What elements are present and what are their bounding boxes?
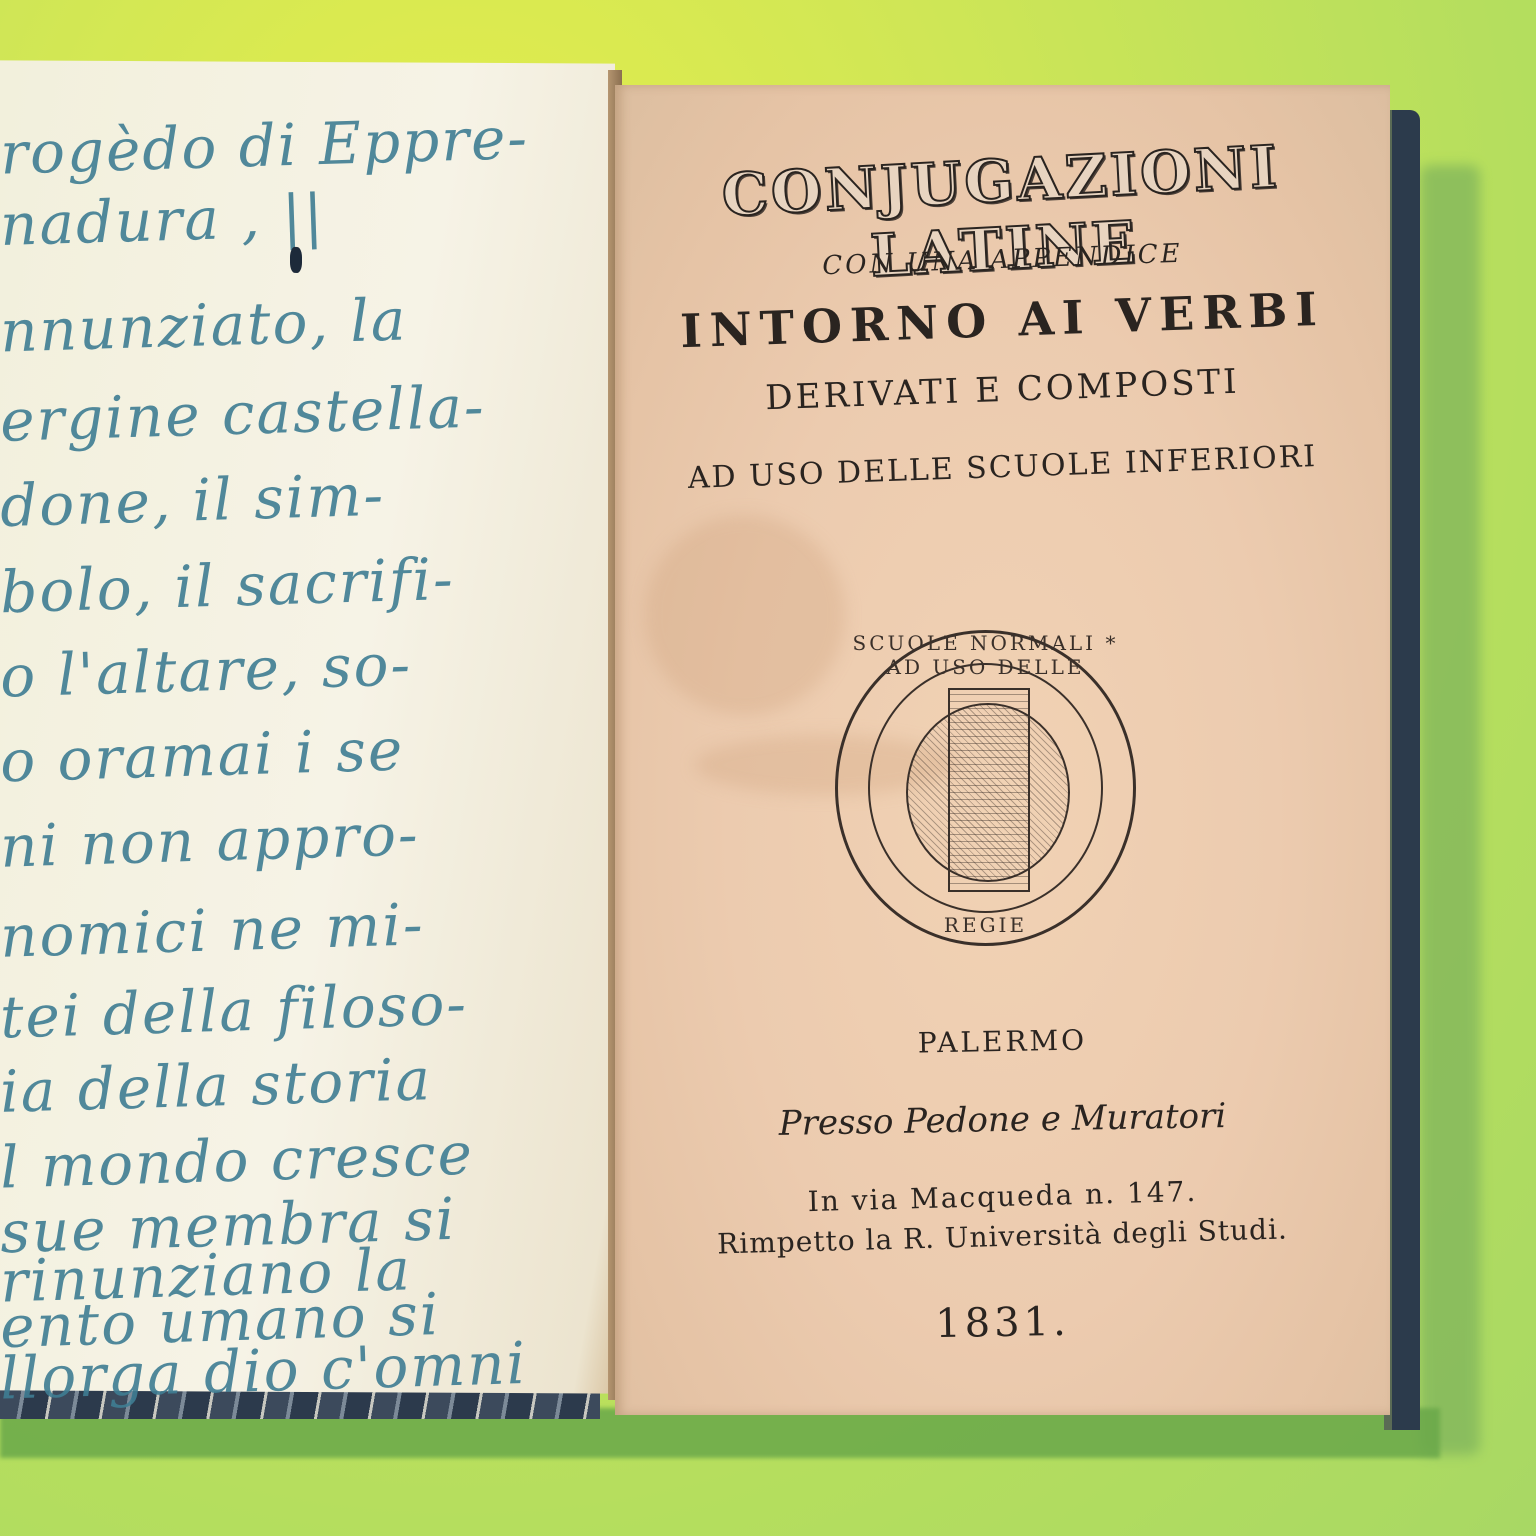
handwriting-line: nomici ne mi- — [0, 890, 426, 971]
handwriting-line: ni non appro- — [0, 800, 421, 880]
handwriting-line: o oramai i se — [0, 715, 405, 795]
seal-inscription-bottom: REGIE — [838, 913, 1133, 937]
handwriting-line: nadura , || — [0, 181, 326, 259]
handwriting-line: ia della storia — [0, 1045, 433, 1126]
publication-year: 1831. — [615, 1293, 1391, 1353]
publisher: Presso Pedone e Muratori — [615, 1093, 1391, 1147]
handwriting-line: rogèdo di Eppre- — [0, 104, 530, 188]
publication-city: PALERMO — [615, 1018, 1390, 1065]
handwriting-line: o l'altare, so- — [0, 630, 413, 710]
handwritten-page: rogèdo di Eppre- nadura , || nnunziato, … — [0, 60, 615, 1393]
handwriting-line: nnunziato, la — [0, 285, 408, 365]
ink-blot — [290, 247, 302, 273]
school-seal-emblem: SCUOLE NORMALI * AD USO DELLE REGIE — [835, 630, 1136, 946]
book-subheading: DERIVATI E COMPOSTI — [615, 356, 1391, 423]
age-stain — [645, 515, 845, 715]
handwriting-line: done, il sim- — [0, 461, 386, 540]
handwriting-line: bolo, il sacrifi- — [0, 545, 456, 626]
book-shadow-right — [1420, 165, 1480, 1455]
handwriting-line: tei della filoso- — [0, 970, 469, 1052]
handwriting-line: ergine castella- — [0, 372, 487, 454]
seal-inscription: SCUOLE NORMALI * AD USO DELLE — [838, 631, 1133, 679]
title-page: CONJUGAZIONI LATINE CON UNA APPENDICE IN… — [615, 85, 1390, 1415]
seal-crowned-shield-icon — [948, 688, 1030, 892]
book-purpose: AD USO DELLE SCUOLE INFERIORI — [615, 436, 1391, 498]
